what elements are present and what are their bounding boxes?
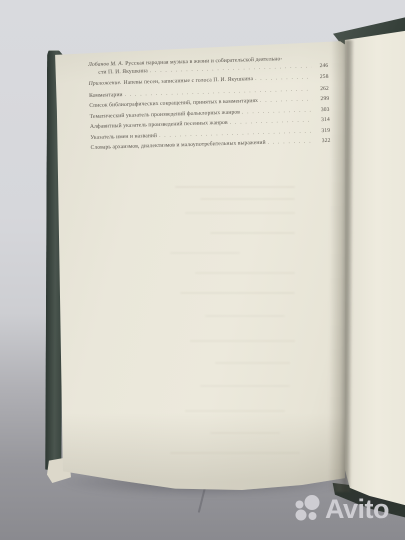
toc-page-number: 322 — [315, 139, 330, 145]
toc-entry-lead: Лобанов М. А. — [88, 62, 123, 69]
toc-entry-text: Указатель имен и названий — [90, 134, 157, 142]
ghost-text-line — [200, 385, 290, 387]
toc-page-number: 262 — [314, 87, 329, 93]
toc-entry-text: Напевы песен, записанные с голоса П. И. … — [124, 77, 254, 86]
ghost-text-line — [190, 340, 295, 342]
toc-page-number: 319 — [315, 128, 330, 134]
dot-leader: . . . . . . . . . . . . . . . . . . . . … — [268, 139, 314, 146]
ghost-text-line — [205, 315, 285, 317]
dot-leader: . . . . . . . . . . . . . . . . . . . . … — [242, 108, 313, 116]
ghost-text-line — [180, 292, 295, 294]
dot-leader: . . . . . . . . . . . . . . . . . . . . … — [260, 98, 312, 105]
toc-page-number: 258 — [314, 74, 329, 80]
avito-circles-logo-icon — [294, 495, 322, 523]
toc-page-number: 299 — [314, 97, 329, 103]
avito-wordmark: Avito — [325, 496, 389, 523]
toc-page-number: 246 — [313, 64, 328, 70]
ghost-text-line — [170, 452, 300, 454]
toc-list: Лобанов М. А.Русская народная музыка в ж… — [88, 54, 331, 154]
dot-leader: . . . . . . . . . . . . . . . . . . . . … — [255, 75, 312, 82]
ghost-text-line — [200, 198, 295, 200]
avito-watermark: Avito — [294, 495, 389, 523]
toc-entry-continuation: сти П. И. Якушкина — [98, 69, 148, 76]
toc-page-number: 314 — [315, 118, 330, 124]
ghost-text-line — [210, 232, 295, 234]
ghost-text-line — [195, 272, 295, 274]
ghost-text-line — [215, 362, 290, 364]
toc-entry-lead: Приложение. — [89, 81, 122, 88]
book-photo: Лобанов М. А.Русская народная музыка в ж… — [0, 0, 405, 540]
ghost-text-line — [210, 432, 280, 434]
ghost-text-line — [185, 212, 295, 214]
ghost-text-line — [185, 410, 285, 412]
ghost-text-line — [175, 186, 295, 188]
ghost-text-line — [170, 252, 240, 254]
toc-entry-text: Комментарии — [89, 93, 123, 100]
toc-page-number: 303 — [314, 108, 329, 114]
page-gutter-shadow — [327, 40, 353, 492]
dot-leader: . . . . . . . . . . . . . . . . . . . . … — [230, 119, 313, 127]
